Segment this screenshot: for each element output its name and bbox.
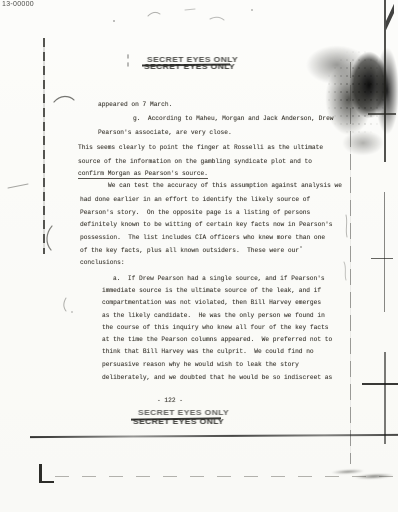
page-number: - 122 - (157, 397, 183, 404)
pen-scribble (148, 12, 160, 16)
document-line: had done earlier in an effort to identif… (80, 196, 310, 203)
ink-dot (251, 9, 253, 11)
scan-vertical-line-right-bottom (384, 352, 386, 444)
scan-vertical-line-left (43, 38, 45, 254)
secret-stamp-bottom: SECRET EYES ONLY SECRET EYES ONLY (133, 408, 217, 430)
corner-l-mark (39, 464, 54, 483)
ink-dot (300, 246, 302, 248)
document-line: of the key facts, plus all known outside… (80, 247, 299, 254)
document-line: Pearson's story. On the opposite page is… (80, 209, 310, 216)
document-line-underlined: confirm Morgan as Pearson's source. (78, 170, 208, 179)
page-bottom-rule (30, 434, 398, 438)
document-line: appeared on 7 March. (98, 101, 172, 108)
document-line: think that Bill Harvey was the culprit. … (102, 348, 314, 355)
ink-dot (71, 311, 73, 313)
document-line: the course of this inquiry who knew all … (102, 324, 329, 331)
scan-id-label: 13-00000 (2, 1, 34, 8)
document-line: a. If Drew Pearson had a single source, … (113, 275, 325, 282)
pen-mark (64, 298, 66, 311)
scan-artifact-corner (386, 0, 394, 34)
document-line: at the time the Pearson columns appeared… (102, 336, 332, 343)
document-line: conclusions: (80, 259, 125, 266)
scan-vertical-line-right-mid (384, 192, 385, 312)
scan-vertical-line-middle-right (350, 62, 351, 464)
document-line: compartmentation was not violated, then … (102, 299, 321, 306)
scan-vertical-line-right-top (384, 0, 386, 162)
pen-squiggle (54, 96, 74, 102)
stamp-text: SECRET EYES ONLY (138, 408, 229, 417)
pen-dash (8, 184, 28, 188)
document-line: Pearson's associate, are very close. (98, 129, 232, 136)
document-line: immediate source is the ultimate source … (102, 287, 321, 294)
margin-squiggle (344, 262, 346, 280)
secret-stamp-top: SECRET EYES ONLY SECRET EYES ONLY (144, 55, 228, 77)
document-line: source of the information on the gamblin… (78, 158, 312, 165)
document-line: possession. The list includes CIA office… (80, 234, 325, 241)
margin-squiggle (346, 215, 347, 237)
scanned-document-page: 13-00000 SECRET EYES ONLY SECRET EYES ON… (0, 0, 398, 512)
scan-tick-mark (368, 113, 396, 115)
document-line: persuasive reason why he would wish to l… (102, 361, 299, 368)
document-line: This seems clearly to point the finger a… (78, 144, 323, 151)
pen-squiggle (47, 226, 52, 250)
document-line: We can test the accuracy of this assumpt… (108, 182, 342, 189)
document-line: as the likely candidate. He was the only… (102, 312, 325, 319)
pen-scribble (185, 9, 195, 10)
scan-smudge (328, 464, 397, 484)
document-line: deliberately, and we doubted that he wou… (102, 374, 332, 381)
ink-dot (113, 20, 115, 22)
scan-tick-mark (362, 383, 398, 385)
document-line: definitely known to be witting of certai… (80, 221, 333, 228)
pen-scribble (210, 17, 224, 20)
scan-tick-mark (371, 258, 393, 259)
